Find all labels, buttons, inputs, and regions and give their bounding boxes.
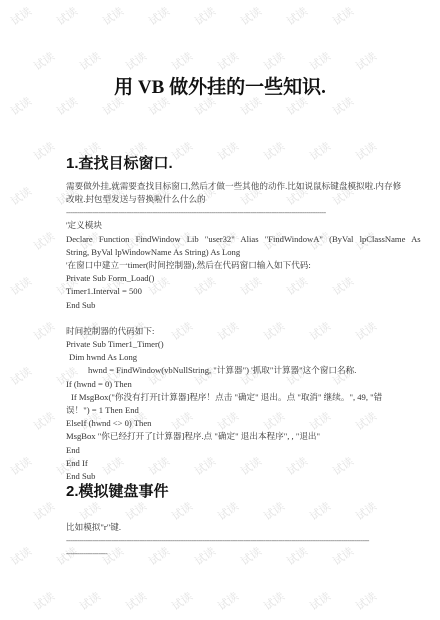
paragraph-line: 比如模拟"r"键. bbox=[66, 521, 376, 534]
code-line: String, ByVal lpWindowName As String) As… bbox=[66, 246, 376, 259]
blank-line bbox=[66, 312, 376, 325]
code-line: ElseIf (hwnd <> 0) Then bbox=[66, 417, 376, 430]
dashed-separator: ----------------------------------------… bbox=[66, 206, 376, 219]
code-line: 误！") = 1 Then End bbox=[66, 404, 376, 417]
code-line: Private Sub Form_Load() bbox=[66, 272, 376, 285]
section-1-body: 需要做外挂,就需要查找目标窗口,然后才做一些其他的动作.比如说鼠标键盘模拟啦.内… bbox=[66, 180, 376, 483]
code-line: End Sub bbox=[66, 299, 376, 312]
code-line: Declare Function FindWindow Lib "user32"… bbox=[66, 233, 376, 246]
code-line: Timer1.Interval = 500 bbox=[66, 285, 376, 298]
section-2-body: 比如模拟"r"键. ------------------------------… bbox=[66, 521, 376, 560]
section-heading-keyboard-events: 2.模拟键盘事件 bbox=[66, 480, 169, 501]
code-line: If (hwnd = 0) Then bbox=[66, 378, 376, 391]
document-title: 用 VB 做外挂的一些知识. bbox=[0, 72, 440, 99]
code-line: If MsgBox("你没有打开[计算器]程序！点击 "确定" 退出。点 "取消… bbox=[66, 391, 376, 404]
document-page: 用 VB 做外挂的一些知识. 1.查找目标窗口. 需要做外挂,就需要查找目标窗口… bbox=[0, 0, 440, 620]
code-line: '定义模块 bbox=[66, 219, 376, 232]
code-line: End If bbox=[66, 457, 376, 470]
dashed-separator: ----------------------------------------… bbox=[66, 534, 386, 547]
code-line: Private Sub Timer1_Timer() bbox=[66, 338, 376, 351]
paragraph-line: 需要做外挂,就需要查找目标窗口,然后才做一些其他的动作.比如说鼠标键盘模拟啦.内… bbox=[66, 180, 376, 193]
code-line: '在窗口中建立一timer(时间控制器),然后在代码窗口输入如下代码: bbox=[66, 259, 376, 272]
section-heading-find-window: 1.查找目标窗口. bbox=[66, 152, 173, 173]
paragraph-line: 改啦.封包型发送与替换啦什么什么的 bbox=[66, 193, 376, 206]
code-line: MsgBox "你已经打开了[计算器]程序.点 "确定" 退出本程序", , "… bbox=[66, 430, 376, 443]
code-line: Dim hwnd As Long bbox=[66, 351, 376, 364]
code-line: End bbox=[66, 444, 376, 457]
code-line: hwnd = FindWindow(vbNullString, "计算器") '… bbox=[66, 364, 376, 377]
code-line: 时间控制器的代码如下: bbox=[66, 325, 376, 338]
dashed-separator-continued: ------------------- bbox=[66, 547, 376, 560]
